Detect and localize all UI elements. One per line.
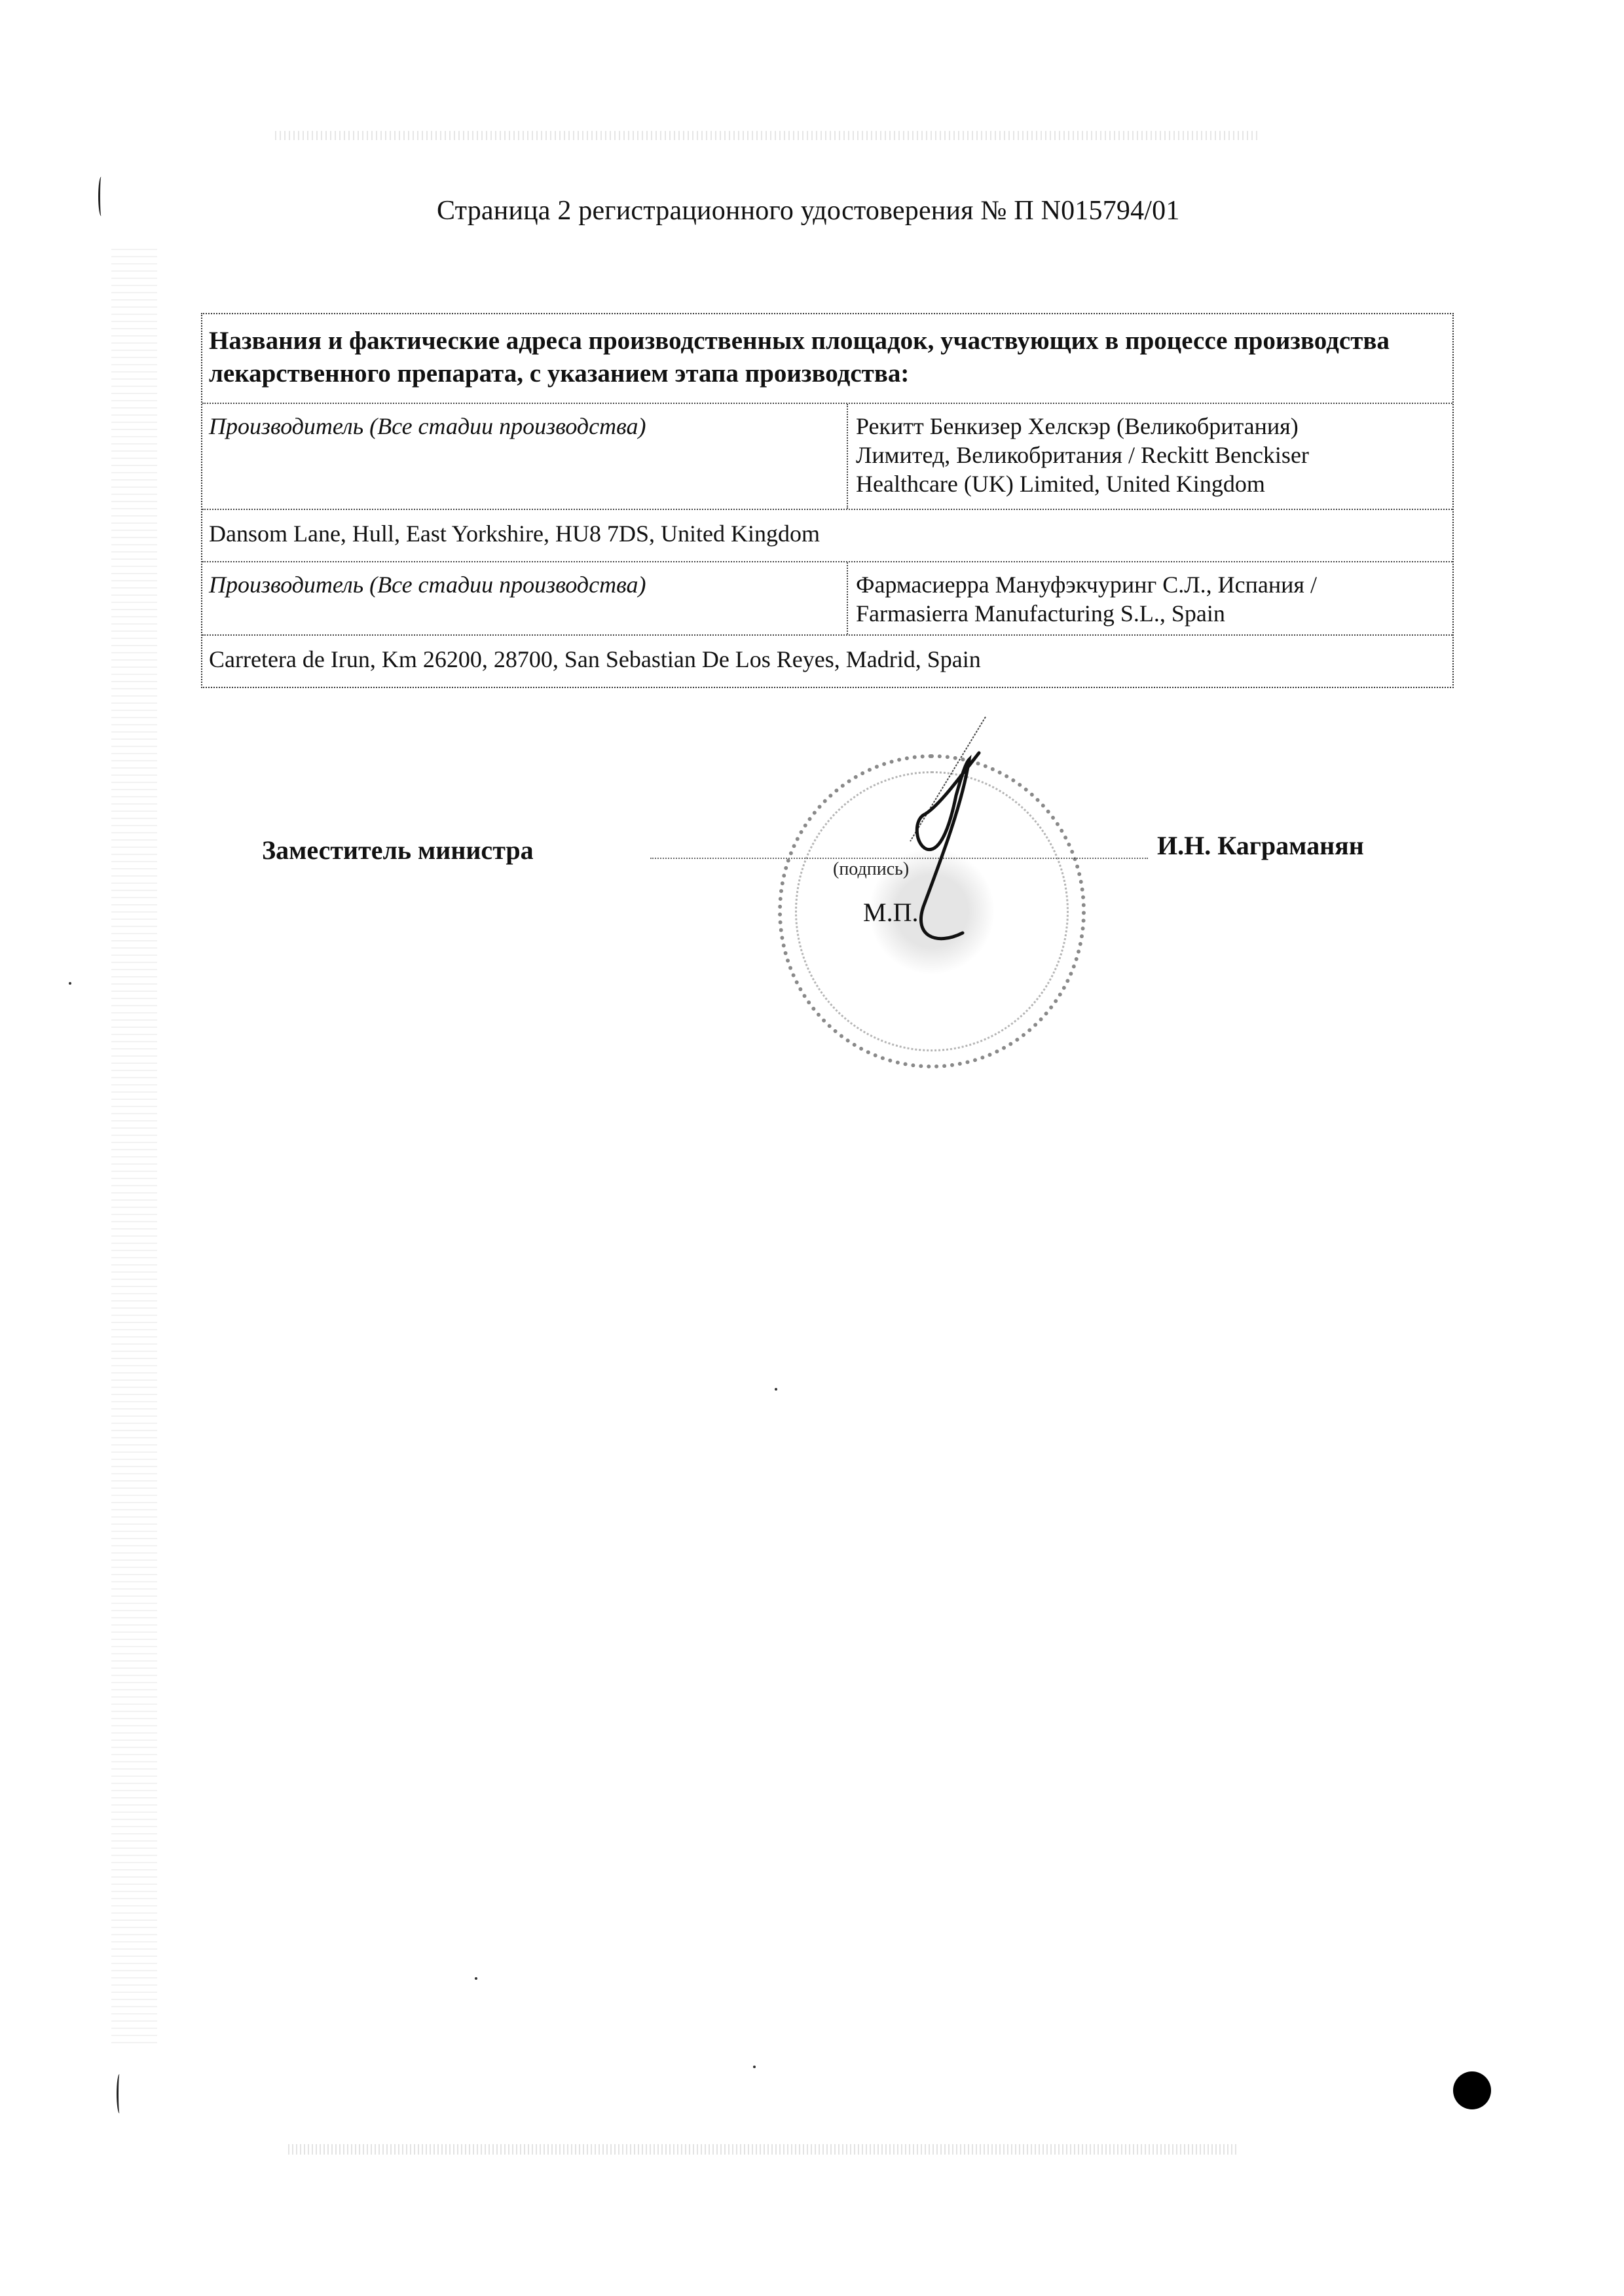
table-row-manufacturer-1: Производитель (Все стадии производства) … xyxy=(202,404,1452,510)
manufacturer-line: Лимитед, Великобритания / Reckitt Bencki… xyxy=(856,441,1446,469)
role-cell: Производитель (Все стадии производства) xyxy=(202,562,848,634)
table-title-row: Названия и фактические адреса производст… xyxy=(202,314,1452,404)
signatory-name: И.Н. Каграманян xyxy=(1157,830,1364,861)
table-row-address-1: Dansom Lane, Hull, East Yorkshire, HU8 7… xyxy=(202,510,1452,562)
scan-noise-bottom xyxy=(288,2144,1238,2155)
manufacturer-line: Рекитт Бенкизер Хелскэр (Великобритания) xyxy=(856,412,1446,441)
manufacturer-line: Farmasierra Manufacturing S.L., Spain xyxy=(856,599,1446,628)
document-page: Страница 2 регистрационного удостоверени… xyxy=(0,0,1624,2296)
manufacturer-cell: Рекитт Бенкизер Хелскэр (Великобритания)… xyxy=(848,404,1452,509)
manufacturer-cell: Фармасиерра Мануфэкчуринг С.Л., Испания … xyxy=(848,562,1452,634)
manufacturer-line: Healthcare (UK) Limited, United Kingdom xyxy=(856,469,1446,498)
table-row-manufacturer-2: Производитель (Все стадии производства) … xyxy=(202,562,1452,636)
signatory-role: Заместитель министра xyxy=(262,835,534,866)
table-row-address-2: Carretera de Irun, Km 26200, 28700, San … xyxy=(202,636,1452,687)
address-text: Carretera de Irun, Km 26200, 28700, San … xyxy=(209,645,1446,674)
scan-speck xyxy=(753,2066,756,2068)
scan-corner-mark-bottom-icon xyxy=(117,2074,122,2113)
handwritten-signature-icon xyxy=(851,710,1008,959)
page-header: Страница 2 регистрационного удостоверени… xyxy=(437,195,1180,227)
scan-speck xyxy=(775,1388,777,1391)
role-cell: Производитель (Все стадии производства) xyxy=(202,404,848,509)
manufacturer-line: Фармасиерра Мануфэкчуринг С.Л., Испания … xyxy=(856,570,1446,599)
scan-corner-mark-top-icon xyxy=(98,177,104,216)
role-label: Производитель (Все стадии производства) xyxy=(209,570,840,599)
role-label: Производитель (Все стадии производства) xyxy=(209,412,840,441)
scan-speck xyxy=(475,1977,477,1980)
scan-speck xyxy=(69,982,71,985)
scan-noise-left xyxy=(111,249,157,2049)
scan-noise-top xyxy=(275,131,1257,140)
production-sites-table: Названия и фактические адреса производст… xyxy=(201,313,1454,688)
table-title: Названия и фактические адреса производст… xyxy=(209,325,1446,390)
address-text: Dansom Lane, Hull, East Yorkshire, HU8 7… xyxy=(209,519,1446,548)
punch-hole-dot-icon xyxy=(1453,2071,1491,2109)
